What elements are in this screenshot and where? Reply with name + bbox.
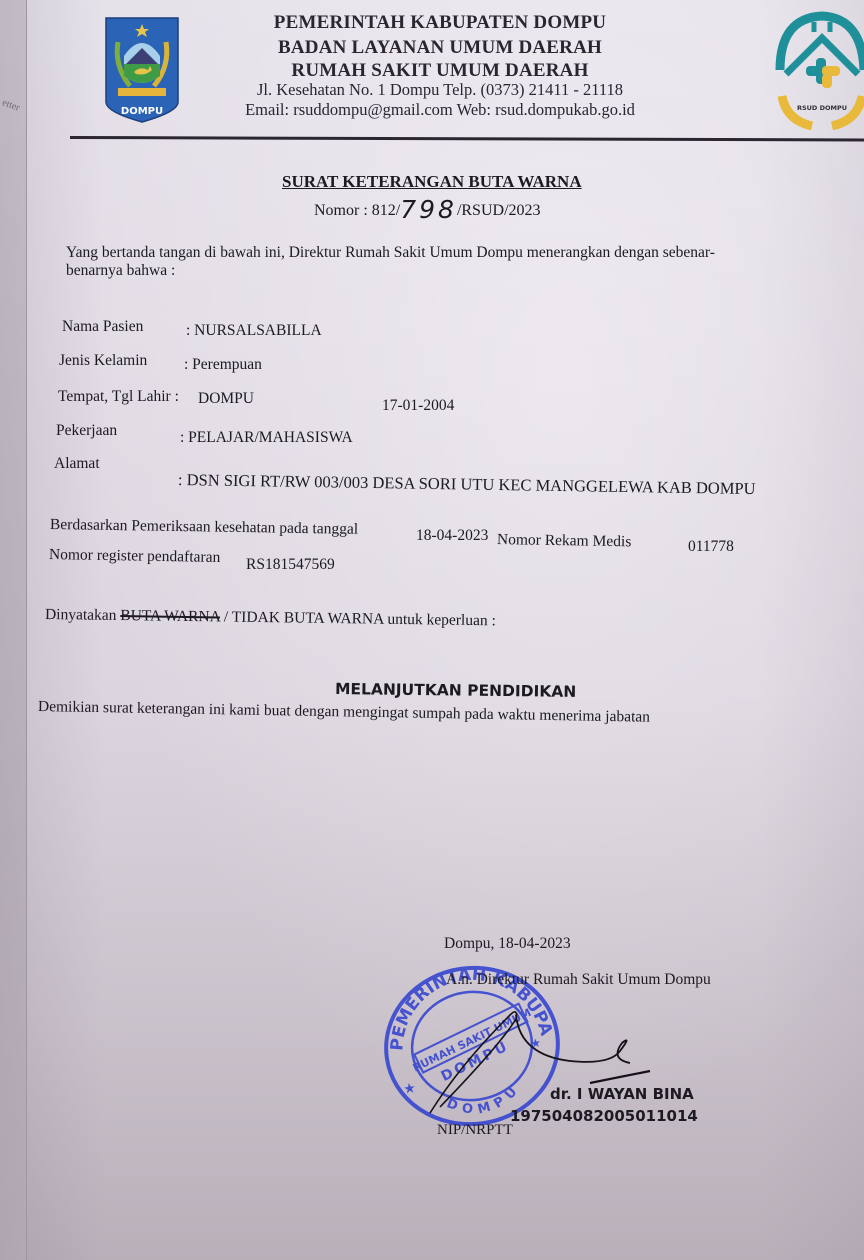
intro-line-2: benarnya bahwa :: [66, 262, 175, 280]
signatory-name: dr. I WAYAN BINA: [550, 1085, 694, 1103]
header-line-3: RUMAH SAKIT UMUM DAERAH: [220, 60, 660, 82]
birth-label: Tempat, Tgl Lahir :: [58, 388, 179, 406]
gender-value: : Perempuan: [184, 356, 262, 374]
exam-based-on: Berdasarkan Pemeriksaan kesehatan pada t…: [50, 516, 358, 539]
dompu-crest-logo: DOMPU: [104, 16, 180, 124]
register-label: Nomor register pendaftaran: [49, 546, 221, 567]
underlying-page-edge: etter: [0, 0, 27, 1260]
job-label: Pekerjaan: [56, 422, 117, 440]
header-contact: Email: rsuddompu@gmail.com Web: rsud.dom…: [220, 100, 660, 120]
handwritten-number: 798: [400, 195, 457, 224]
gender-label: Jenis Kelamin: [59, 352, 147, 370]
closing-statement: Demikian surat keterangan ini kami buat …: [38, 698, 650, 727]
name-value: : NURSALSABILLA: [186, 322, 322, 340]
purpose: MELANJUTKAN PENDIDIKAN: [335, 680, 577, 701]
job-value: : PELAJAR/MAHASISWA: [180, 429, 353, 447]
header-address: Jl. Kesehatan No. 1 Dompu Telp. (0373) 2…: [220, 80, 660, 100]
birth-place: DOMPU: [198, 390, 254, 408]
record-number: 011778: [688, 538, 734, 556]
statement-line: Dinyatakan BUTA WARNA / TIDAK BUTA WARNA…: [45, 606, 496, 630]
letter-title: SURAT KETERANGAN BUTA WARNA: [282, 172, 582, 192]
register-number: RS181547569: [246, 556, 335, 574]
letter-number: Nomor : 812/798/RSUD/2023: [314, 192, 541, 221]
svg-text:DOMPU: DOMPU: [121, 106, 163, 117]
place-date: Dompu, 18-04-2023: [444, 935, 571, 953]
intro-line-1: Yang bertanda tangan di bawah ini, Direk…: [66, 244, 715, 262]
record-label: Nomor Rekam Medis: [497, 531, 632, 551]
header-line-1: PEMERINTAH KABUPATEN DOMPU: [220, 12, 660, 34]
rsud-dompu-logo: RSUD DOMPU: [774, 8, 864, 130]
header-line-2: BADAN LAYANAN UMUM DAERAH: [220, 37, 660, 59]
name-label: Nama Pasien: [62, 318, 143, 336]
birth-date: 17-01-2004: [382, 397, 454, 415]
address-value: : DSN SIGI RT/RW 003/003 DESA SORI UTU K…: [178, 470, 756, 499]
address-label: Alamat: [54, 455, 100, 473]
svg-text:RSUD DOMPU: RSUD DOMPU: [797, 104, 847, 112]
header-divider: [70, 136, 864, 141]
signatory-nip: 197504082005011014: [510, 1107, 698, 1125]
svg-text:★: ★: [402, 1081, 417, 1098]
exam-date: 18-04-2023: [416, 527, 488, 545]
nip-label: NIP/NRPTT: [437, 1122, 513, 1139]
struck-option: BUTA WARNA: [120, 607, 220, 625]
